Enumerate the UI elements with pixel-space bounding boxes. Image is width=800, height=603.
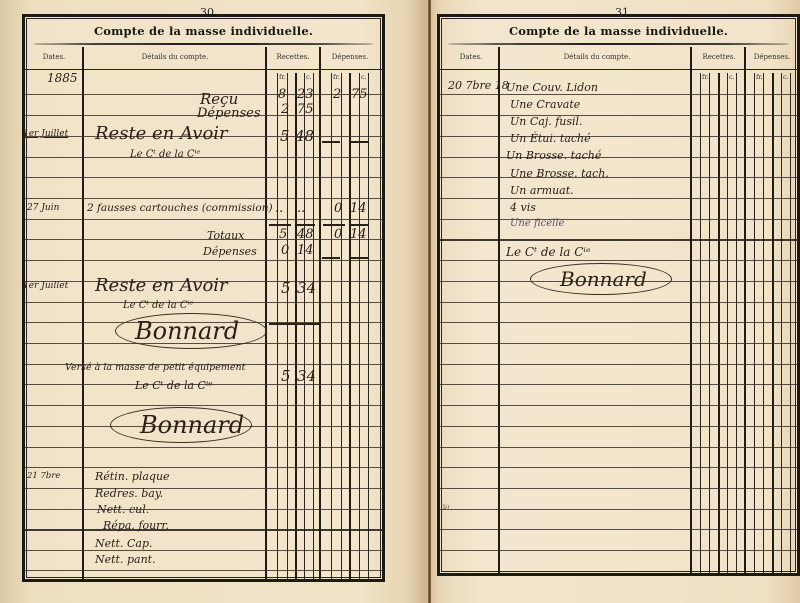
row-rule: [440, 157, 797, 158]
col-divider: [498, 47, 500, 573]
rec-fr: 8: [278, 87, 286, 102]
grid-line: [781, 73, 782, 573]
grid-line: [341, 73, 342, 579]
rec-fr: 5: [281, 367, 291, 385]
dash-mark: [322, 257, 340, 259]
entry-detail: Redres. bay.: [95, 487, 163, 500]
grid-line: [754, 73, 755, 573]
row-rule: [25, 509, 382, 510]
book-spine: [428, 0, 431, 603]
col-divider: [265, 47, 267, 579]
subheader-c: c.: [361, 73, 367, 81]
dep-fr: 2: [333, 87, 341, 102]
entry-detail: Le Cᵗ de la Cⁱᵉ: [130, 149, 200, 160]
rec-c: 48: [297, 227, 314, 242]
subheader-c: c.: [729, 73, 735, 81]
grid-line: [709, 73, 710, 573]
rec-fr: 5: [279, 227, 287, 242]
grid-line: [313, 73, 314, 579]
row-rule: [440, 219, 797, 220]
row-rule: [440, 198, 797, 199]
rec-c: 23: [297, 87, 314, 102]
grid-line: [359, 73, 360, 579]
entry-date: 21 7bre: [27, 471, 60, 481]
row-rule: [440, 384, 797, 385]
item: 4 vis: [510, 201, 536, 214]
subheader-c: c.: [306, 73, 312, 81]
entry-detail: Nett. Cap.: [95, 537, 152, 550]
row-rule: [440, 426, 797, 427]
header-recettes: Recettes.: [267, 53, 319, 61]
row-rule: [440, 509, 797, 510]
row-rule: [25, 467, 382, 468]
row-rule: [440, 322, 797, 323]
entry-date: 1er Juillet: [23, 129, 68, 139]
dash-mark: [351, 141, 369, 143]
grid-line: [727, 73, 728, 573]
item: Une ficelle: [510, 218, 564, 229]
subheader-fr: fr.: [756, 73, 763, 81]
grid-line: [790, 73, 791, 573]
entry-detail: Dépenses: [197, 106, 261, 121]
rec-c: 14: [297, 243, 314, 258]
page-title: Compte de la masse individuelle.: [25, 24, 382, 38]
item: Une Brosse. tach.: [510, 167, 609, 180]
closing-text: Le Cᵗ de la Cⁱᵉ: [506, 245, 591, 259]
row-rule: [25, 177, 382, 178]
grid-line: [368, 73, 369, 579]
grid-line: [700, 73, 701, 573]
ledger-frame: Compte de la masse individuelle. Dates. …: [22, 14, 385, 582]
grid-line: [349, 73, 351, 579]
row-rule: [440, 177, 797, 178]
row-rule: [440, 343, 797, 344]
rec-fr: 0: [281, 243, 289, 258]
row-rule: [440, 302, 797, 303]
row-rule: [440, 94, 797, 95]
row-rule: [25, 529, 382, 531]
dash-mark: [323, 224, 345, 226]
entry-date: 27 Juin: [27, 203, 59, 213]
grid-line: [331, 73, 332, 579]
col-divider: [744, 47, 746, 573]
header-details: Détails du compte.: [502, 53, 692, 61]
entry-detail: Versé à la masse de petit équipement: [65, 362, 245, 373]
row-rule: [25, 239, 382, 240]
dash-mark: [351, 224, 369, 226]
signature: Bonnard: [140, 411, 244, 439]
grid-line: [772, 73, 774, 573]
item: Un Étui. taché: [510, 132, 591, 145]
item: Une Cravate: [510, 98, 580, 111]
item: Un Caj. fusil.: [510, 115, 583, 128]
page-title: Compte de la masse individuelle.: [440, 24, 797, 38]
item: Un Brosse. taché: [506, 149, 601, 162]
dash-mark: [269, 224, 291, 226]
row-rule: [25, 447, 382, 448]
entry-detail: 2 fausses cartouches (commission): [87, 202, 273, 214]
rec-c: 34: [297, 279, 316, 297]
rec-fr: 2: [281, 102, 289, 117]
dep-c: 14: [350, 227, 367, 242]
row-rule: [25, 219, 382, 220]
entry-date: 1er Juillet: [23, 281, 68, 291]
rec-fr: ..: [275, 201, 283, 216]
rec-c: 34: [297, 367, 316, 385]
row-rule: [25, 570, 382, 571]
grid-line: [304, 73, 305, 579]
entry-date: 20 7bre 18: [448, 79, 509, 92]
grid-line: [718, 73, 720, 573]
row-rule: [440, 405, 797, 406]
grid-line: [277, 73, 278, 579]
rec-fr: 5: [280, 127, 290, 145]
title-rule: [33, 43, 374, 45]
entry-detail: Totaux: [207, 229, 244, 242]
entry-detail: Rétin. plaque: [95, 470, 170, 483]
subheader-fr: fr.: [279, 73, 286, 81]
row-rule: [25, 198, 382, 199]
left-page: 30 Compte de la masse individuelle. Date…: [0, 0, 420, 603]
grid-line: [295, 73, 297, 579]
dep-fr: 0: [334, 201, 342, 216]
row-rule: [440, 364, 797, 365]
signature: Bonnard: [135, 317, 239, 345]
dep-fr: 0: [334, 227, 342, 242]
signature: Bonnard: [560, 267, 647, 291]
row-rule: [25, 550, 382, 551]
signature-flourish: [530, 263, 672, 295]
item: Une Couv. Lidon: [506, 81, 598, 94]
row-rule: [440, 260, 797, 261]
signature-flourish: [115, 313, 267, 349]
col-divider: [319, 47, 321, 579]
row-rule: [25, 157, 382, 158]
subheader-fr: fr.: [333, 73, 340, 81]
col-divider: [82, 47, 84, 579]
title-rule: [448, 43, 789, 45]
header-depenses: Dépenses.: [746, 53, 798, 61]
entry-detail: Nett. pant.: [95, 553, 156, 566]
rec-c: ..: [297, 201, 305, 216]
row-rule: [440, 550, 797, 551]
entry-detail: Reste en Avoir: [95, 123, 228, 144]
entry-detail: Répa. fourr.: [103, 519, 169, 532]
rec-c: 75: [297, 102, 314, 117]
entry-detail: Nett. cul.: [97, 503, 149, 516]
grid-line: [763, 73, 764, 573]
dep-c: 14: [350, 201, 367, 216]
col-divider: [690, 47, 692, 573]
row-rule: [25, 405, 382, 406]
grid-line: [287, 73, 288, 579]
row-rule: [440, 136, 797, 137]
row-rule: [440, 239, 797, 241]
entry-detail: Dépenses: [203, 245, 257, 258]
item: Un armuat.: [510, 184, 574, 197]
entry-date: 1885: [47, 71, 78, 85]
row-rule: [25, 302, 382, 303]
dash-mark: [351, 257, 369, 259]
grid-line: [736, 73, 737, 573]
signature-flourish: [110, 407, 252, 443]
column-header-row: Dates. Détails du compte. Recettes. Dépe…: [25, 47, 382, 70]
header-recettes: Recettes.: [694, 53, 744, 61]
entry-detail: Le Cᵗ de la Cⁱᵉ: [123, 300, 193, 311]
dep-c: 75: [351, 87, 368, 102]
subheader-fr: fr.: [702, 73, 709, 81]
row-rule: [440, 115, 797, 116]
row-rule: [440, 529, 797, 530]
row-rule: [25, 260, 382, 261]
row-rule: [440, 488, 797, 489]
row-rule: [25, 488, 382, 489]
margin-mark: b): [443, 504, 449, 511]
header-dates: Dates.: [444, 53, 498, 61]
row-rule: [440, 447, 797, 448]
header-depenses: Dépenses.: [321, 53, 379, 61]
right-page: 31 Compte de la masse individuelle. Date…: [433, 0, 800, 603]
dash-mark: [269, 323, 319, 325]
subheader-c: c.: [783, 73, 789, 81]
dash-mark: [297, 224, 315, 226]
entry-detail: Reste en Avoir: [95, 275, 228, 296]
rec-c: 48: [295, 127, 314, 145]
rec-fr: 5: [281, 279, 291, 297]
dash-mark: [322, 141, 340, 143]
header-dates: Dates.: [29, 53, 79, 61]
entry-detail: Le Cᵗ de la Cⁱᵉ: [135, 379, 212, 392]
ledger-frame: Compte de la masse individuelle. Dates. …: [437, 14, 800, 576]
row-rule: [440, 467, 797, 468]
header-details: Détails du compte.: [85, 53, 265, 61]
